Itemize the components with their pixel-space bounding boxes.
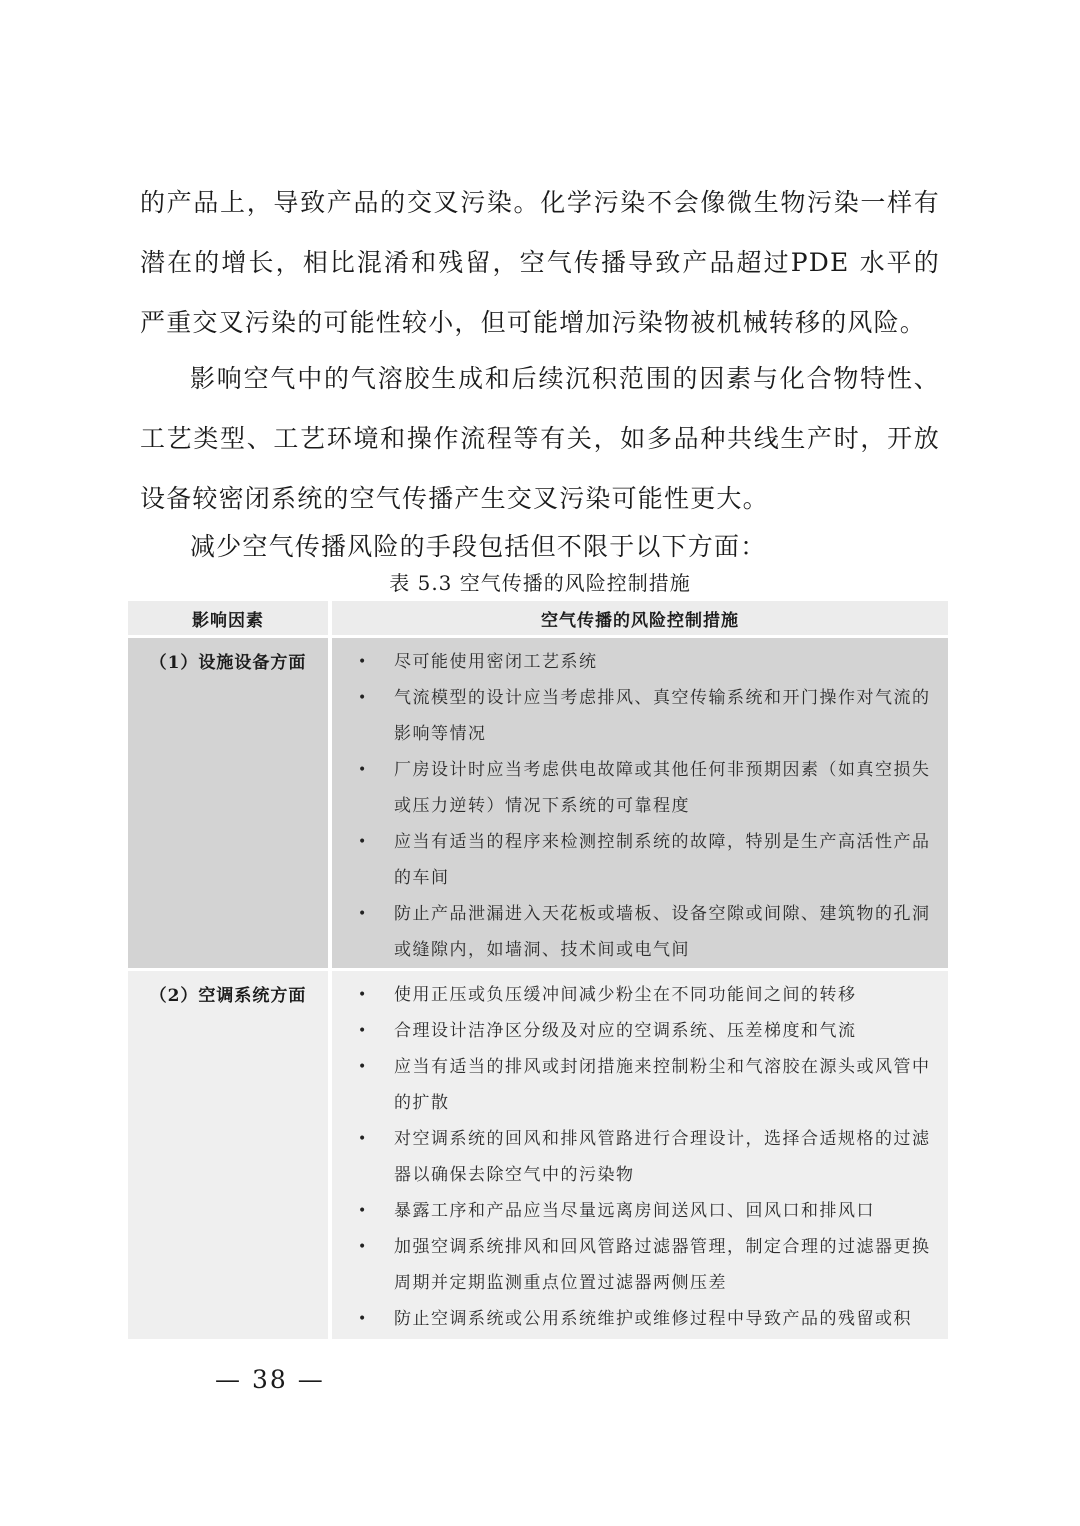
measures-list: •使用正压或负压缓冲间减少粉尘在不同功能间之间的转移 •合理设计洁净区分级及对应… xyxy=(332,971,948,1339)
measure-text: 加强空调系统排风和回风管路过滤器管理，制定合理的过滤器更换周期并定期监测重点位置… xyxy=(394,1237,931,1293)
list-item: •加强空调系统排风和回风管路过滤器管理，制定合理的过滤器更换周期并定期监测重点位… xyxy=(332,1229,940,1301)
bullet-icon: • xyxy=(358,1193,368,1229)
measure-text: 尽可能使用密闭工艺系统 xyxy=(394,652,598,672)
measure-text: 对空调系统的回风和排风管路进行合理设计，选择合适规格的过滤器以确保去除空气中的污… xyxy=(394,1129,931,1185)
measure-text: 应当有适当的程序来检测控制系统的故障，特别是生产高活性产品的车间 xyxy=(394,832,931,888)
list-item: •使用正压或负压缓冲间减少粉尘在不同功能间之间的转移 xyxy=(332,977,940,1013)
table-row: （2）空调系统方面 •使用正压或负压缓冲间减少粉尘在不同功能间之间的转移 •合理… xyxy=(128,971,948,1339)
page-number: — 38 — xyxy=(215,1364,325,1396)
factor-cell: （1）设施设备方面 xyxy=(128,638,328,968)
bullet-icon: • xyxy=(358,1301,368,1337)
bullet-icon: • xyxy=(358,824,368,860)
bullet-icon: • xyxy=(358,1121,368,1157)
list-item: •对空调系统的回风和排风管路进行合理设计，选择合适规格的过滤器以确保去除空气中的… xyxy=(332,1121,940,1193)
list-item: •合理设计洁净区分级及对应的空调系统、压差梯度和气流 xyxy=(332,1013,940,1049)
list-item: •防止产品泄漏进入天花板或墙板、设备空隙或间隙、建筑物的孔洞或缝隙内，如墙洞、技… xyxy=(332,896,940,968)
bullet-icon: • xyxy=(358,752,368,788)
measures-list: •尽可能使用密闭工艺系统 •气流模型的设计应当考虑排风、真空传输系统和开门操作对… xyxy=(332,638,948,968)
bullet-icon: • xyxy=(358,1049,368,1085)
bullet-icon: • xyxy=(358,644,368,680)
measure-text: 防止空调系统或公用系统维护或维修过程中导致产品的残留或积 xyxy=(394,1309,912,1329)
document-page: 的产品上，导致产品的交叉污染。化学污染不会像微生物污染一样有潜在的增长，相比混淆… xyxy=(0,0,1080,1526)
measures-cell: •尽可能使用密闭工艺系统 •气流模型的设计应当考虑排风、真空传输系统和开门操作对… xyxy=(332,638,948,968)
list-item: •暴露工序和产品应当尽量远离房间送风口、回风口和排风口 xyxy=(332,1193,940,1229)
risk-control-table: 影响因素 空气传播的风险控制措施 （1）设施设备方面 •尽可能使用密闭工艺系统 … xyxy=(124,598,952,1342)
measure-text: 气流模型的设计应当考虑排风、真空传输系统和开门操作对气流的影响等情况 xyxy=(394,688,931,744)
body-paragraph-2: 影响空气中的气溶胶生成和后续沉积范围的因素与化合物特性、工艺类型、工艺环境和操作… xyxy=(140,349,940,529)
measure-text: 暴露工序和产品应当尽量远离房间送风口、回风口和排风口 xyxy=(394,1201,875,1221)
bullet-icon: • xyxy=(358,1229,368,1265)
body-paragraph-1: 的产品上，导致产品的交叉污染。化学污染不会像微生物污染一样有潜在的增长，相比混淆… xyxy=(140,173,940,353)
factor-cell: （2）空调系统方面 xyxy=(128,971,328,1339)
list-item: •厂房设计时应当考虑供电故障或其他任何非预期因素（如真空损失或压力逆转）情况下系… xyxy=(332,752,940,824)
bullet-icon: • xyxy=(358,680,368,716)
measure-text: 使用正压或负压缓冲间减少粉尘在不同功能间之间的转移 xyxy=(394,985,857,1005)
table-caption: 表 5.3 空气传播的风险控制措施 xyxy=(0,568,1080,598)
list-item: •防止空调系统或公用系统维护或维修过程中导致产品的残留或积 xyxy=(332,1301,940,1337)
table-row: （1）设施设备方面 •尽可能使用密闭工艺系统 •气流模型的设计应当考虑排风、真空… xyxy=(128,638,948,968)
bullet-icon: • xyxy=(358,1013,368,1049)
measures-cell: •使用正压或负压缓冲间减少粉尘在不同功能间之间的转移 •合理设计洁净区分级及对应… xyxy=(332,971,948,1339)
table-header-row: 影响因素 空气传播的风险控制措施 xyxy=(128,601,948,635)
bullet-icon: • xyxy=(358,896,368,932)
list-item: •应当有适当的程序来检测控制系统的故障，特别是生产高活性产品的车间 xyxy=(332,824,940,896)
list-item: •应当有适当的排风或封闭措施来控制粉尘和气溶胶在源头或风管中的扩散 xyxy=(332,1049,940,1121)
measure-text: 应当有适当的排风或封闭措施来控制粉尘和气溶胶在源头或风管中的扩散 xyxy=(394,1057,931,1113)
header-factor: 影响因素 xyxy=(128,601,328,635)
bullet-icon: • xyxy=(358,977,368,1013)
measure-text: 厂房设计时应当考虑供电故障或其他任何非预期因素（如真空损失或压力逆转）情况下系统… xyxy=(394,760,931,816)
measure-text: 防止产品泄漏进入天花板或墙板、设备空隙或间隙、建筑物的孔洞或缝隙内，如墙洞、技术… xyxy=(394,904,931,960)
header-measures: 空气传播的风险控制措施 xyxy=(332,601,948,635)
list-item: •气流模型的设计应当考虑排风、真空传输系统和开门操作对气流的影响等情况 xyxy=(332,680,940,752)
list-item: •尽可能使用密闭工艺系统 xyxy=(332,644,940,680)
measure-text: 合理设计洁净区分级及对应的空调系统、压差梯度和气流 xyxy=(394,1021,857,1041)
